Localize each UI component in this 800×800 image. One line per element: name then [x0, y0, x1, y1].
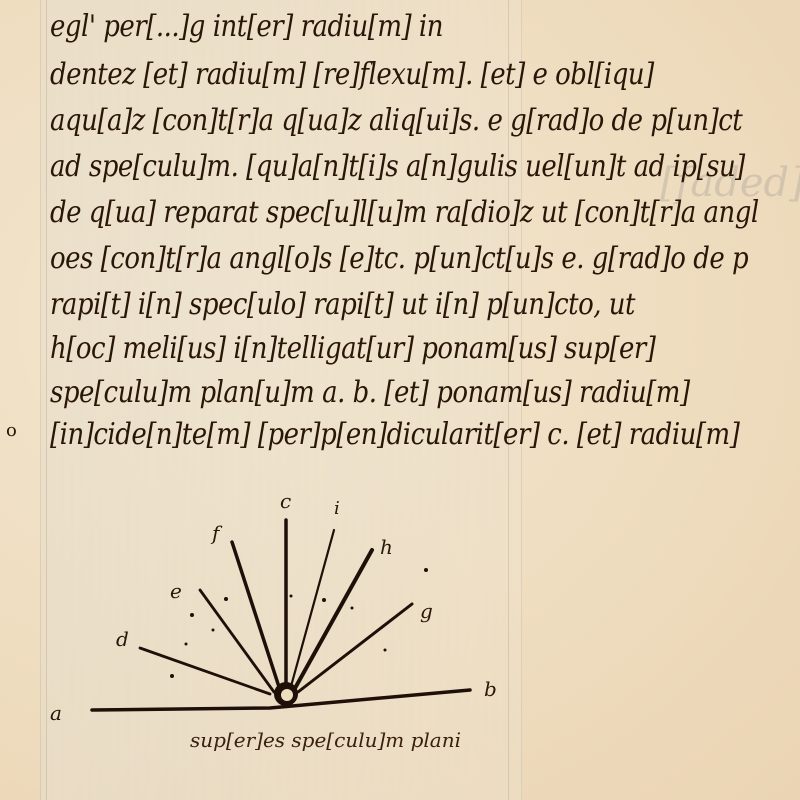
- margin-mark: o: [6, 420, 17, 441]
- diagram-caption: sup[er]es spe[culu]m plani: [190, 728, 461, 752]
- text-line: rapi[t] i[n] spec[ulo] rapi[t] ut i[n] p…: [50, 288, 635, 323]
- label-i: i: [334, 498, 340, 519]
- label-e: e: [170, 579, 182, 603]
- text-line: spe[culu]m plan[u]m a. b. [et] ponam[us]…: [50, 376, 690, 411]
- text-line: de q[ua] reparat spec[u]l[u]m ra[dio]z u…: [50, 196, 759, 231]
- text-line: egl' per[...]g int[er] radiu[m] in: [50, 10, 443, 45]
- ray-i: [290, 530, 334, 690]
- text-line: oes [con]t[r]a angl[o]s [e]tc. p[un]ct[u…: [50, 242, 748, 277]
- label-g: g: [420, 599, 433, 623]
- text-line: h[oc] meli[us] i[n]telligat[ur] ponam[us…: [50, 332, 655, 367]
- text-line: dentez [et] radiu[m] [re]flexu[m]. [et] …: [50, 58, 654, 93]
- text-line: ad spe[culu]m. [qu]a[n]t[i]s a[n]gulis u…: [50, 150, 745, 185]
- label-c: c: [280, 489, 291, 513]
- ray-h: [294, 550, 372, 690]
- label-a: a: [50, 701, 62, 725]
- text-line: [in]cide[n]te[m] [per]p[en]dicularit[er]…: [50, 418, 739, 453]
- label-d: d: [116, 627, 129, 651]
- ray-d: [140, 648, 270, 694]
- label-f: f: [210, 521, 223, 545]
- label-b: b: [484, 677, 497, 701]
- label-h: h: [380, 535, 393, 559]
- text-line: aqu[a]z [con]t[r]a q[ua]z aliq[ui]s. e g…: [50, 104, 742, 139]
- ray-g: [298, 604, 412, 692]
